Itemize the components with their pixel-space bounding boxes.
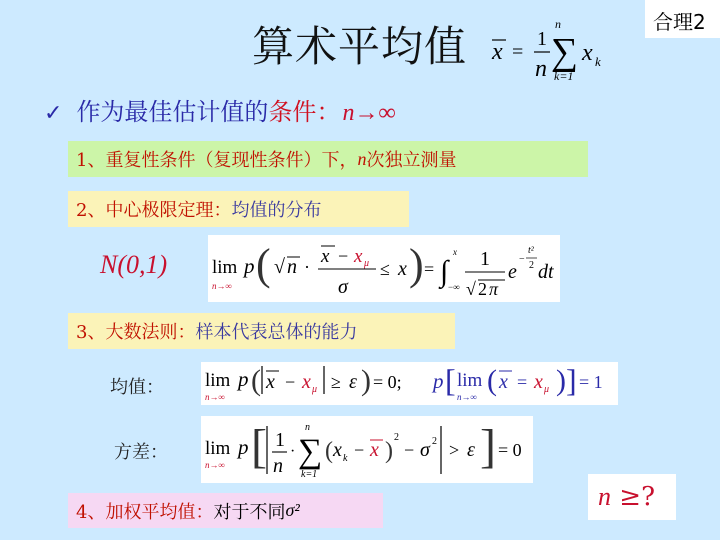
svg-text:x: x [533,371,543,393]
svg-text:= 1: = 1 [579,372,603,392]
svg-text:x: x [353,246,363,267]
svg-text:= 0: = 0 [498,440,522,460]
svg-text:]: ] [480,420,496,473]
question-n: n [598,482,611,511]
svg-text:n: n [287,256,297,278]
svg-text:≥: ≥ [331,372,341,392]
svg-text:x: x [332,439,342,461]
item-law-of-large-numbers: 3、 大数法则： 样本代表总体的能力 [68,313,455,349]
svg-text:ε: ε [467,439,475,461]
question-ge: ≥ [619,482,641,512]
variance-label: 方差： [114,438,168,464]
check-icon: ✓ [44,101,62,126]
svg-text:σ: σ [338,276,349,298]
svg-text:n→∞: n→∞ [205,460,225,470]
svg-text:∑: ∑ [298,433,322,470]
mean-label: 均值： [110,373,164,399]
svg-text:∑: ∑ [551,31,578,73]
question-mark: ? [641,482,655,512]
svg-text:x: x [397,258,407,280]
svg-text:−: − [354,440,364,460]
svg-text:p: p [236,367,249,391]
svg-text:[: [ [251,420,267,473]
svg-text:x: x [265,371,275,393]
bullet-condition-expr: n→∞ [342,100,395,127]
svg-text:t²: t² [528,245,535,256]
svg-text:−: − [338,246,348,266]
svg-text:lim: lim [205,438,231,459]
svg-text:μ: μ [543,384,549,395]
slide-tag-label: 合理2 [653,6,706,35]
svg-text:−: − [404,440,414,460]
bullet-colon: ： [316,92,340,127]
svg-text:n→∞: n→∞ [457,392,477,402]
item-n: n [357,149,366,170]
item-number: 4、 [76,498,105,524]
item-number: 1、 [76,146,105,172]
svg-text:1: 1 [275,429,285,451]
item-weighted-mean: 4、 加权平均值： 对于不同 σ² [68,493,383,528]
bullet-lead: 作为最佳估计值的 [76,92,268,127]
item-text: 样本代表总体的能力 [195,318,357,344]
bullet-condition: ✓ 作为最佳估计值的 条件 ： n→∞ [44,92,396,127]
svg-text:(: ( [487,364,497,397]
item-label: 大数法则： [105,318,195,344]
svg-text:2: 2 [478,279,487,299]
svg-text:(: ( [256,240,271,289]
item-text: 重复性条件（复现性条件）下， [105,146,357,172]
variance-convergence-formula: lim n→∞ p [ 1 n · n ∑ k=1 ( x k − x ) 2 … [201,416,533,483]
frac-num: 1 [537,28,547,50]
slide-title: 算术平均值 [252,14,467,74]
svg-text:): ) [385,438,393,464]
svg-text:n: n [273,455,283,477]
svg-text:n: n [555,17,561,31]
svg-text:ε: ε [349,371,357,393]
svg-text:(: ( [251,364,261,397]
clt-formula: lim n→∞ p ( √ n · x − x μ σ ≤ x ) = ∫ x … [208,235,560,302]
svg-text:): ) [361,364,371,397]
svg-text:1: 1 [480,248,490,270]
svg-text:μ: μ [363,258,369,269]
normal-distribution-label: N(0,1) [100,250,167,280]
svg-text:·: · [304,257,310,277]
svg-text:x: x [498,371,508,393]
slide-tag: 合理2 [645,0,720,38]
svg-text:=: = [517,372,527,392]
svg-text:x: x [581,40,593,66]
svg-text:2: 2 [529,260,534,271]
svg-text:√: √ [274,256,285,278]
svg-text:k=1: k=1 [554,69,573,83]
svg-text:x: x [452,247,457,257]
svg-text:(: ( [325,438,333,464]
item-central-limit: 2、 中心极限定理： 均值的分布 [68,191,409,227]
svg-text:≤: ≤ [380,259,390,279]
item-number: 3、 [76,318,105,344]
item-text: 均值的分布 [231,196,321,222]
item-number: 2、 [76,196,105,222]
svg-text:dt: dt [538,261,554,283]
item-text: 对于不同 [213,498,285,524]
svg-text:·: · [290,443,295,460]
svg-text:−: − [519,254,525,265]
svg-text:lim: lim [457,370,483,391]
mean-definition-formula: x = 1 n n ∑ k=1 x k [490,14,620,84]
item-repeatability: 1、 重复性条件（复现性条件）下， n 次独立测量 [68,141,588,177]
svg-text:[: [ [445,362,456,398]
svg-text:σ: σ [420,439,431,461]
svg-text:x: x [301,371,311,393]
item-label: 加权平均值： [105,498,213,524]
svg-text:p: p [431,369,444,393]
svg-text:): ) [409,240,424,289]
svg-text:√: √ [466,279,476,299]
svg-text:2: 2 [432,436,437,447]
svg-text:=: = [512,41,523,63]
svg-text:μ: μ [311,384,317,395]
item-sigma-squared: σ² [285,500,299,521]
svg-text:e: e [508,261,517,283]
svg-text:p: p [236,435,249,459]
svg-text:π: π [489,279,499,299]
svg-text:k: k [343,453,348,464]
sample-size-question: n ≥? [588,474,676,520]
svg-text:=: = [424,259,434,279]
svg-text:= 0;: = 0; [373,372,402,392]
svg-text:lim: lim [205,370,231,391]
svg-text:lim: lim [212,257,238,278]
svg-text:−∞: −∞ [448,282,460,292]
svg-text:n→∞: n→∞ [212,281,232,291]
svg-text:x: x [320,246,330,267]
svg-text:]: ] [566,362,577,398]
svg-text:−: − [285,372,295,392]
svg-text:x: x [369,439,379,461]
bullet-highlight: 条件 [268,92,316,127]
svg-text:p: p [242,254,255,278]
svg-text:x: x [491,39,503,65]
svg-text:n→∞: n→∞ [205,392,225,402]
item-label: 中心极限定理： [105,196,231,222]
svg-text:2: 2 [394,432,399,443]
mean-convergence-formula: lim n→∞ p ( x − x μ ≥ ε ) = 0; p [ lim n… [201,362,618,405]
svg-text:>: > [449,440,459,460]
svg-text:n: n [305,422,310,433]
svg-text:k=1: k=1 [301,469,317,480]
item-rest: 次独立测量 [366,146,456,172]
svg-text:n: n [535,56,547,82]
svg-text:): ) [556,364,566,397]
svg-text:k: k [595,54,601,69]
